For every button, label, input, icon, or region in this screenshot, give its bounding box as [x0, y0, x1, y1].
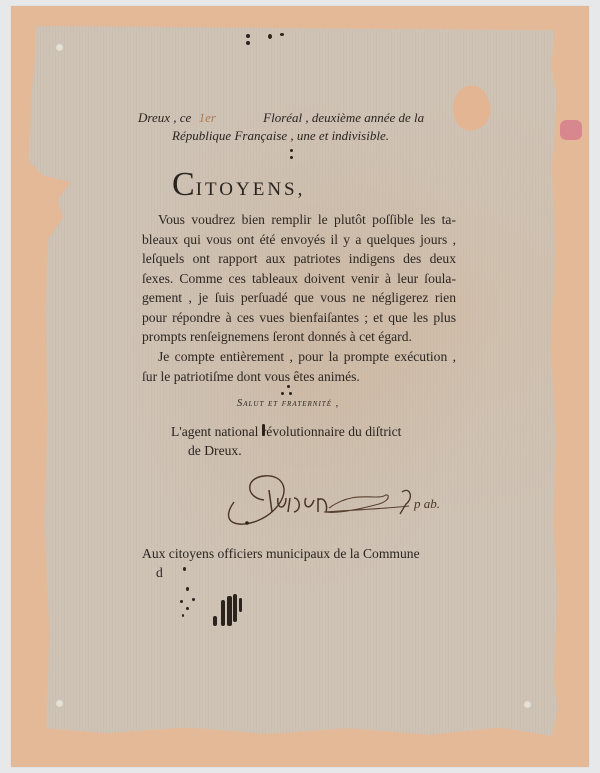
ink-blot [246, 34, 250, 38]
ink-smear [211, 594, 243, 630]
header-month: Floréal [263, 110, 302, 125]
salutation-heading: CITOYENS, [172, 166, 305, 204]
text-line: Je compte entièrement , pour la prompte … [142, 347, 456, 367]
ink-dot [281, 392, 284, 395]
ink-blot [268, 34, 272, 39]
text-line: Vous voudrez bien remplir le plutôt poſſ… [142, 210, 456, 230]
pin-hole-bottom-left [55, 699, 64, 708]
text-line: leſquels ont rapport aux patriotes indig… [142, 249, 456, 269]
ink-dot [290, 149, 293, 152]
ink-dot [287, 385, 290, 388]
pink-stain [560, 120, 582, 140]
pin-hole-bottom-right [523, 700, 532, 709]
ink-dot [180, 600, 183, 603]
text-line: bleaux qui vous ont été envoyés il y a q… [142, 230, 456, 250]
ink-dot [192, 598, 195, 601]
ink-blot [246, 41, 250, 45]
signature-suffix: p ab. [413, 496, 440, 511]
ink-dot [289, 392, 292, 395]
address-commune-blank: d [156, 565, 163, 581]
sender-district: de Dreux. [188, 443, 242, 459]
handwritten-day: 1er [199, 110, 216, 125]
text-line: gement , je ſuis perſuadé que vous ne né… [142, 288, 456, 308]
closing-salutation: Salut et fraternité , [237, 398, 339, 409]
header-year: deuxième année de la [312, 110, 424, 125]
header-ce: ce [180, 110, 192, 125]
text-line: ſexes. Comme ces tableaux doivent venir … [142, 269, 456, 289]
ink-blot [280, 33, 284, 36]
handwritten-signature: p ab. [214, 470, 484, 534]
ink-mark [262, 424, 265, 436]
ink-dot [183, 567, 186, 571]
header-date-line: Dreux , ce 1er Floréal , deuxième année … [138, 110, 424, 126]
text-line: prompts renſeignemens ſeront donnés à ce… [142, 327, 456, 347]
sender-title: L'agent national révolutionnaire du diſt… [171, 424, 401, 440]
body-paragraph-1: Vous voudrez bien remplir le plutôt poſſ… [142, 210, 456, 347]
ink-dot [186, 587, 189, 591]
pin-hole-top-left [55, 43, 64, 52]
address-line: Aux citoyens officiers municipaux de la … [142, 546, 420, 562]
text-line: ſur le patriotiſme dont vous êtes animés… [142, 367, 456, 387]
header-place: Dreux [138, 110, 170, 125]
ink-dot [186, 607, 189, 610]
header-republic-line: République Française , une et indivisibl… [172, 128, 389, 144]
ink-dot [290, 156, 293, 159]
ink-dot [182, 614, 184, 617]
text-line: pour répondre à ces vues bienfaiſantes ;… [142, 308, 456, 328]
body-paragraph-2: Je compte entièrement , pour la prompte … [142, 347, 456, 386]
